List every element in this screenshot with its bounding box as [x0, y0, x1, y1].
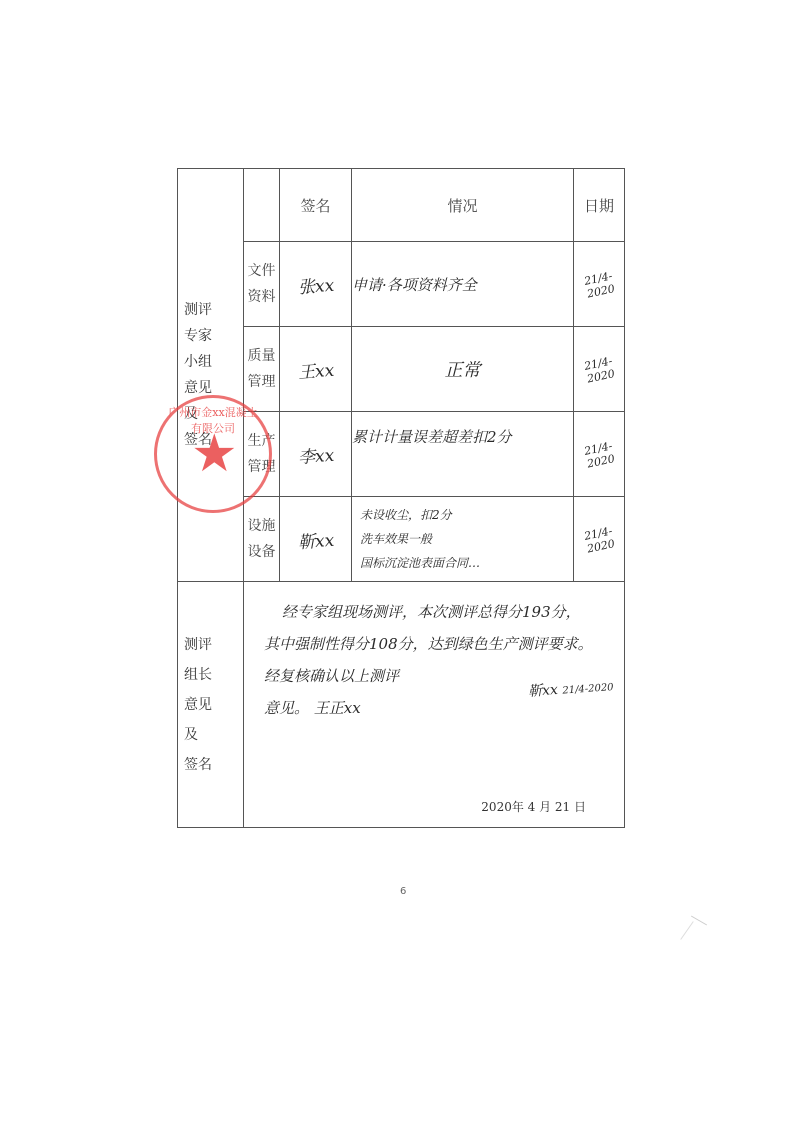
situation-text: 正常: [352, 327, 574, 412]
leader-date: 2020年 4 月 21 日: [481, 798, 586, 815]
page-number: 6: [400, 886, 406, 897]
expert-section-label: 测评 专家 小组 意见 及 签名: [178, 169, 244, 582]
leader-section-label: 测评 组长 意见 及 签名: [178, 582, 244, 828]
situation-text: 累计计量误差超差扣2分: [352, 412, 574, 497]
header-date: 日期: [574, 169, 625, 242]
header-row: 测评 专家 小组 意见 及 签名 签名 情况 日期: [178, 169, 625, 242]
situation-text: 申请·各项资料齐全: [352, 242, 574, 327]
company-seal-stamp: 广州市金xx混凝土有限公司 ★: [154, 395, 272, 513]
table-row: 设施设备 靳xx 未设收尘，扣2分 洗车效果一般 国标沉淀池表面合同… 21/4…: [178, 497, 625, 582]
handwritten-date: 21/4-2020: [565, 322, 633, 416]
handwritten-signature: 靳xx: [277, 494, 355, 584]
scan-artifact: [691, 916, 707, 926]
category-facilities: 设施设备: [244, 497, 280, 582]
handwritten-signature: 王xx: [277, 324, 355, 414]
table-row: 质量管理 王xx 正常 21/4-2020: [178, 327, 625, 412]
document-page: 测评 专家 小组 意见 及 签名 签名 情况 日期 文件资料 张xx 申请·各项…: [0, 0, 800, 1131]
category-documents: 文件资料: [244, 242, 280, 327]
leader-row: 测评 组长 意见 及 签名 经专家组现场测评，本次测评总得分193分， 其中强制…: [178, 582, 625, 828]
table-row: 文件资料 张xx 申请·各项资料齐全 21/4-2020: [178, 242, 625, 327]
leader-opinion-cell: 经专家组现场测评，本次测评总得分193分， 其中强制性得分108分，达到绿色生产…: [244, 582, 625, 828]
handwritten-date: 21/4-2020: [565, 492, 633, 586]
category-quality: 质量管理: [244, 327, 280, 412]
scan-artifact: [680, 921, 693, 940]
header-blank: [244, 169, 280, 242]
handwritten-date: 21/4-2020: [565, 407, 633, 501]
handwritten-signature: 张xx: [277, 239, 355, 329]
star-icon: ★: [191, 428, 238, 480]
header-situation: 情况: [352, 169, 574, 242]
header-signature: 签名: [280, 169, 352, 242]
handwritten-date: 21/4-2020: [565, 237, 633, 331]
leader-opinion-text: 经专家组现场测评，本次测评总得分193分， 其中强制性得分108分，达到绿色生产…: [264, 596, 616, 724]
situation-text: 未设收尘，扣2分 洗车效果一般 国标沉淀池表面合同…: [352, 497, 574, 582]
handwritten-signature: 李xx: [277, 409, 355, 499]
